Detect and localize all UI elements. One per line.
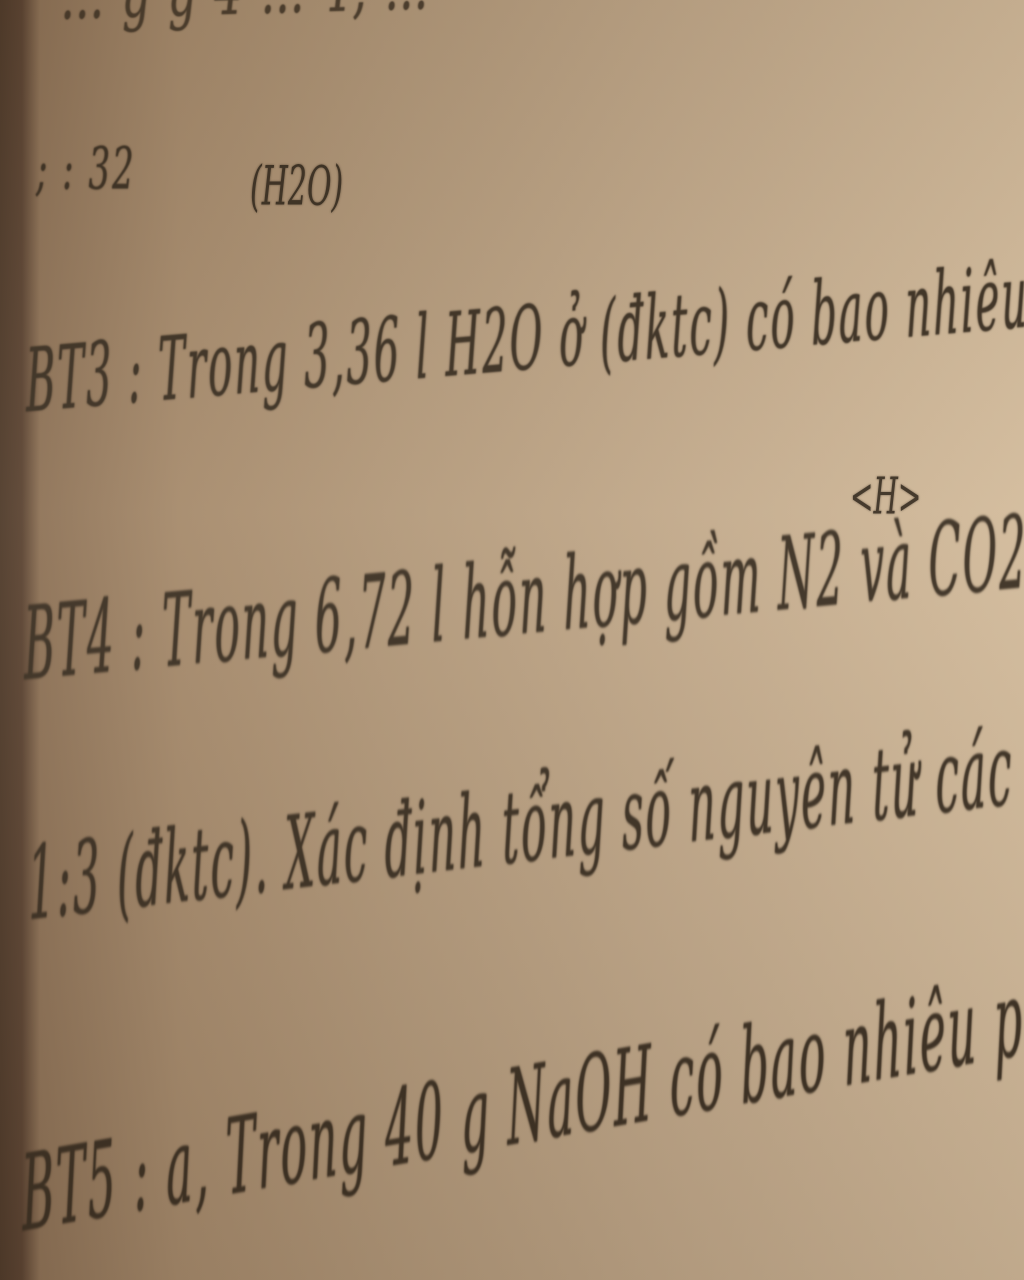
exercise-3: BT3 : Trong 3,36 l H2O ở (đktc) có bao n…	[25, 191, 1024, 434]
paper-photo: … g g 4 … 4, … ; : 32 (H2O) BT3 : Trong …	[0, 0, 1024, 1280]
ratio-line: ; : 32	[36, 136, 136, 204]
cutoff-top-line: … g g 4 … 4, …	[60, 0, 431, 36]
h2o-annotation: (H2O)	[250, 156, 343, 219]
exercise-5: BT5 : a, Trong 40 g NaOH có bao nhiêu ph…	[20, 923, 1024, 1256]
